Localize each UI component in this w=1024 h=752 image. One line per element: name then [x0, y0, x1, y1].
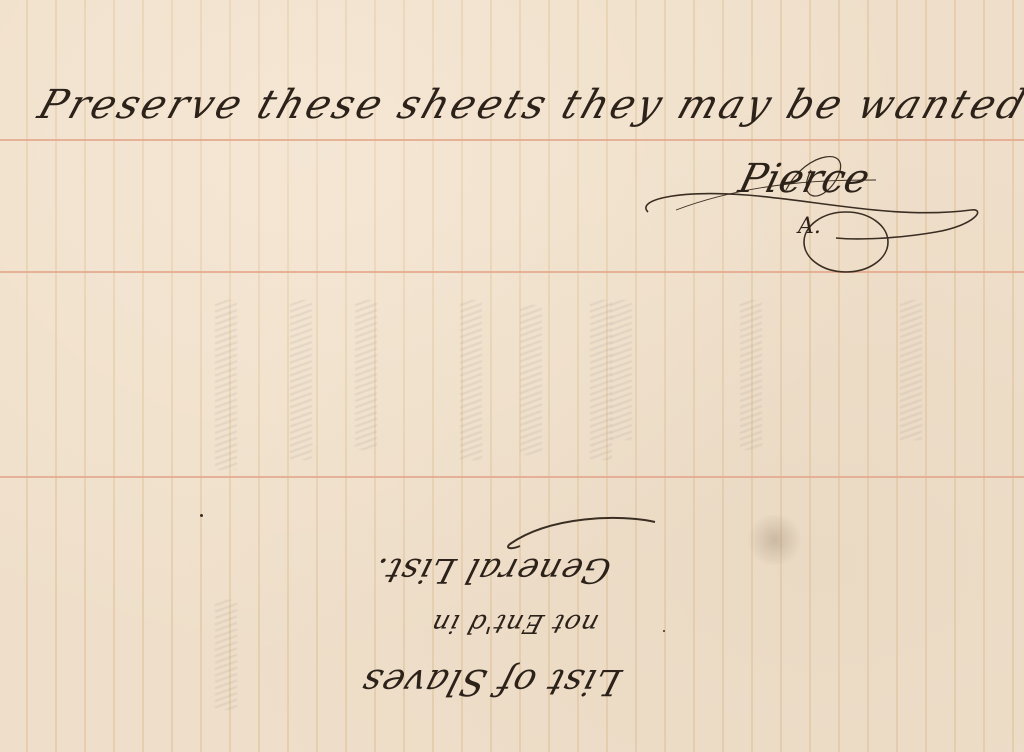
docket-flourish — [500, 512, 660, 552]
signature: Pierce — [734, 156, 874, 202]
bleed-through-column — [355, 300, 377, 450]
signature-initial: A. — [798, 214, 821, 239]
ruled-line — [0, 139, 1024, 141]
ruled-line — [0, 476, 1024, 478]
ink-stain — [745, 515, 805, 565]
bleed-through-column — [740, 300, 762, 450]
bleed-through-column — [610, 300, 632, 440]
bleed-through-column — [215, 300, 237, 470]
bleed-through-column — [290, 300, 312, 460]
bleed-through-column — [590, 300, 612, 460]
bleed-through-column — [460, 300, 482, 460]
inverted-docket: List of Slaves not Ent'd in General List… — [380, 500, 680, 720]
header-note: Preserve these sheets they may be wanted — [33, 82, 1024, 128]
bleed-through-column — [215, 600, 237, 710]
docket-line-3: General List. — [368, 550, 615, 590]
docket-line-1: List of Slaves — [356, 661, 626, 702]
docket-line-2: not Ent'd in — [427, 608, 602, 638]
bleed-through-column — [520, 305, 542, 455]
ink-speck — [200, 514, 203, 517]
bleed-through-column — [900, 300, 922, 440]
